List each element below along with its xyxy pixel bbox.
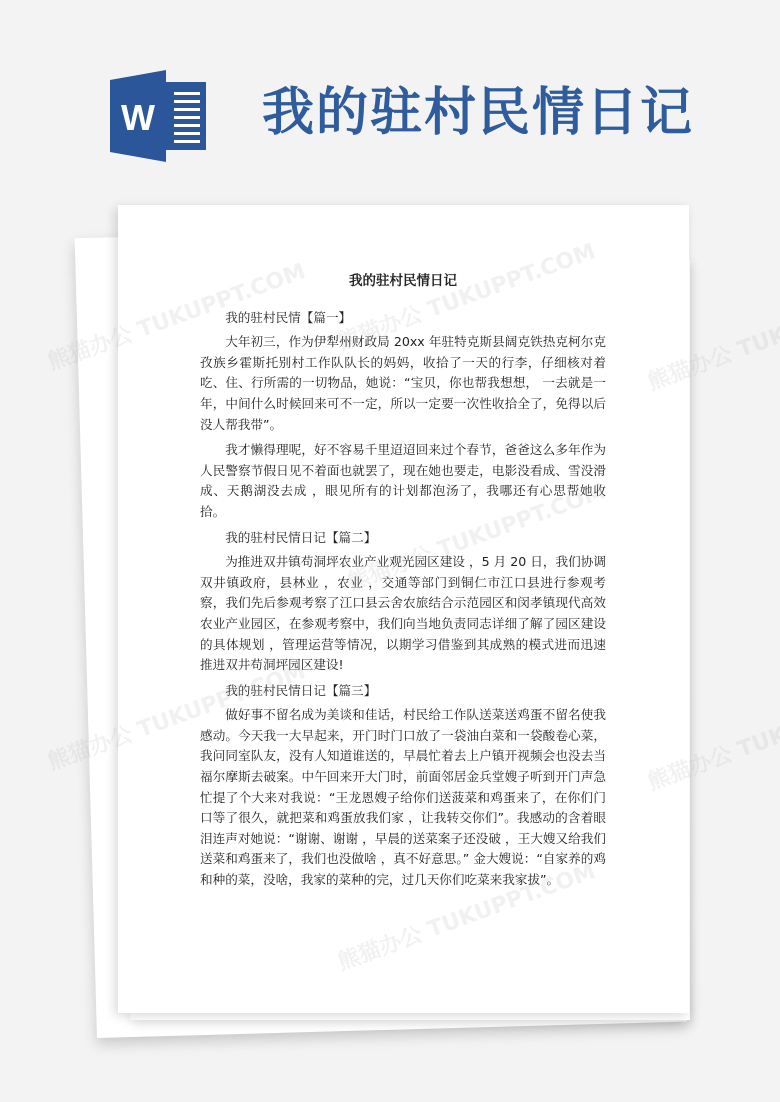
section-heading: 我的驻村民情日记【篇二】 <box>200 528 606 549</box>
svg-text:W: W <box>121 97 155 138</box>
section-heading: 我的驻村民情【篇一】 <box>200 308 606 329</box>
paragraph: 做好事不留名成为美谈和佳话，村民给工作队送菜送鸡蛋不留名使我感动。今天我一大早起… <box>200 705 606 890</box>
paragraph: 为推进双井镇苟洞坪农业产业观光园区建设 ，5 月 20 日，我们协调双井镇政府，… <box>200 552 606 676</box>
document-title: 我的驻村民情日记 <box>200 271 606 292</box>
paragraph: 我才懒得理呢，好不容易千里迢迢回来过个春节，爸爸这么多年作为人民警察节假日见不着… <box>200 440 606 522</box>
document-body: 我的驻村民情日记 我的驻村民情【篇一】 大年初三，作为伊犁州财政局 20xx 年… <box>200 271 606 896</box>
section-heading: 我的驻村民情日记【篇三】 <box>200 681 606 702</box>
header: W 我的驻村民情日记 <box>0 0 780 200</box>
document-page: 我的驻村民情日记 我的驻村民情【篇一】 大年初三，作为伊犁州财政局 20xx 年… <box>118 205 689 1013</box>
paragraph: 大年初三，作为伊犁州财政局 20xx 年驻特克斯县阔克铁热克柯尔克孜族乡霍斯托别… <box>200 332 606 435</box>
header-title: 我的驻村民情日记 <box>262 78 694 148</box>
word-document-icon: W <box>108 68 208 164</box>
